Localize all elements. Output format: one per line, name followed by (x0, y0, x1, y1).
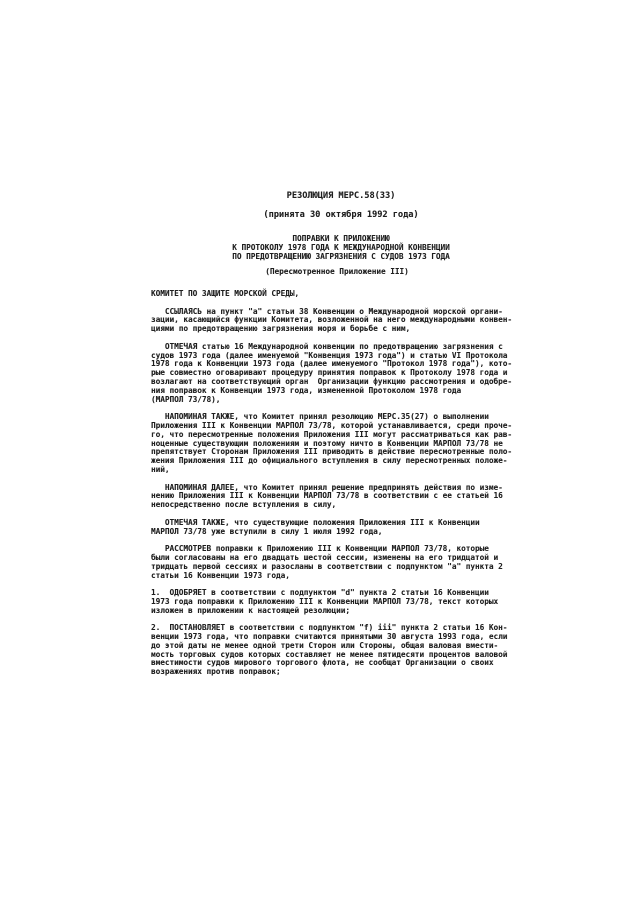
para-item1-adopts: 1. ОДОБРЯЕТ в соответствии с подпунктом … (151, 589, 523, 615)
document-body: КОМИТЕТ ПО ЗАЩИТЕ МОРСКОЙ СРЕДЫ, ССЫЛАЯС… (151, 290, 523, 686)
scanned-document-page: РЕЗОЛЮЦИЯ МЕРС.58(33) (принята 30 октябр… (0, 0, 640, 905)
para-having-considered: РАССМОТРЕВ поправки к Приложению III к К… (151, 545, 523, 580)
para-recalling-mepc35: НАПОМИНАЯ ТАКЖЕ, что Комитет принял резо… (151, 413, 523, 475)
para-recalling-further: НАПОМИНАЯ ДАЛЕЕ, что Комитет принял реше… (151, 484, 523, 510)
para-item2-determines: 2. ПОСТАНОВЛЯЕТ в соответствии с подпунк… (151, 624, 523, 677)
annex-note: (Пересмотренное Приложение III) (265, 267, 408, 276)
para-noting-also: ОТМЕЧАЯ ТАКЖЕ, что существующие положени… (151, 519, 523, 537)
committee-line: КОМИТЕТ ПО ЗАЩИТЕ МОРСКОЙ СРЕДЫ, (151, 290, 523, 299)
para-recalling-article38: ССЫЛАЯСЬ на пункт "а" статьи 38 Конвенци… (151, 308, 523, 334)
subject-heading: ПОПРАВКИ К ПРИЛОЖЕНИЮ К ПРОТОКОЛУ 1978 Г… (232, 235, 450, 261)
resolution-title: РЕЗОЛЮЦИЯ МЕРС.58(33) (287, 191, 396, 201)
para-noting-article16: ОТМЕЧАЯ статью 16 Международной конвенци… (151, 343, 523, 405)
adoption-date-line: (принята 30 октября 1992 года) (263, 210, 418, 220)
